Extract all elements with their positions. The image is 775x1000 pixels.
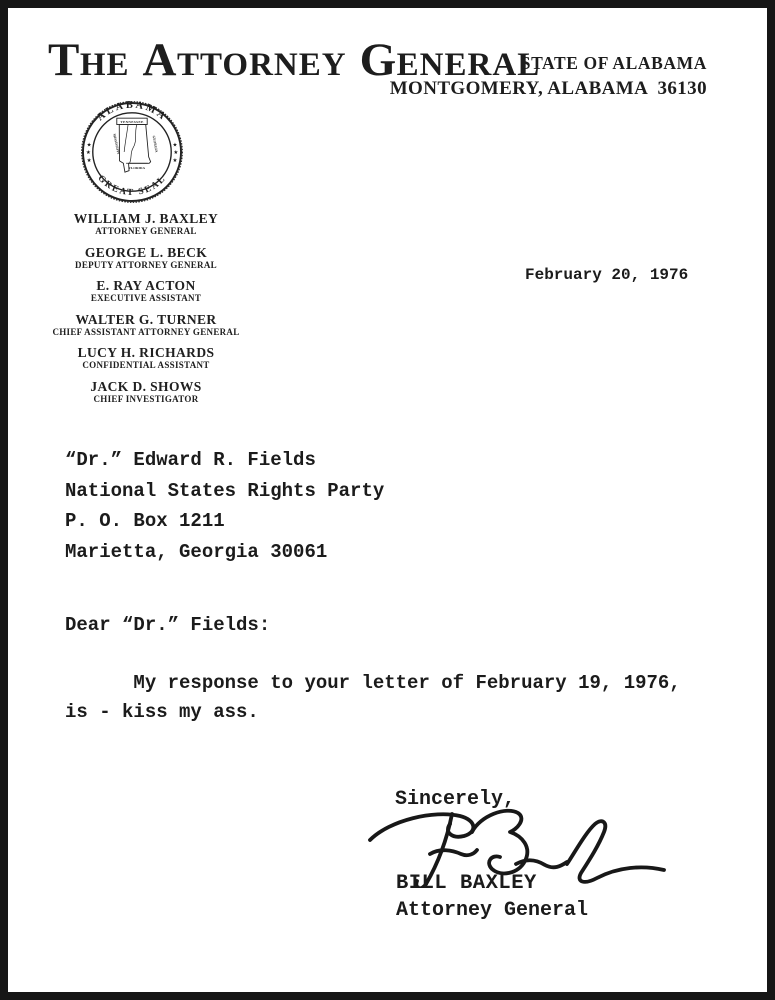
title-word-lead: T [48,34,80,86]
recipient-address: “Dr.” Edward R. FieldsNational States Ri… [65,445,384,567]
staff-name: E. RAY ACTON [36,278,256,293]
recipient-line: National States Rights Party [65,476,384,507]
seal-map [117,118,151,172]
svg-text:★: ★ [173,158,178,164]
svg-text:★: ★ [173,150,178,156]
staff-entry: LUCY H. RICHARDSCONFIDENTIAL ASSISTANT [36,345,256,371]
svg-text:TENNESSEE: TENNESSEE [120,120,144,124]
letter-body: My response to your letter of February 1… [65,669,681,727]
title-word-lead: A [143,34,177,86]
body-line: is - kiss my ass. [65,698,681,727]
recipient-line: “Dr.” Edward R. Fields [65,445,384,476]
title-word: THE [48,62,130,79]
staff-title: EXECUTIVE ASSISTANT [36,293,256,304]
body-line: My response to your letter of February 1… [65,669,681,698]
staff-title: CHIEF INVESTIGATOR [36,394,256,405]
svg-text:★: ★ [173,142,178,148]
title-word: ATTORNEY [143,62,347,79]
staff-title: CHIEF ASSISTANT ATTORNEY GENERAL [36,327,256,338]
svg-text:★: ★ [87,142,92,148]
city-zip-line: MONTGOMERY, ALABAMA 36130 [367,78,707,100]
salutation: Dear “Dr.” Fields: [65,614,270,636]
alabama-great-seal-icon: ALABAMA GREAT SEAL ★ ★ ★ ★ ★ ★ TENNESSEE… [81,101,183,203]
staff-name: GEORGE L. BECK [36,245,256,260]
staff-list: WILLIAM J. BAXLEYATTORNEY GENERALGEORGE … [36,211,256,412]
svg-text:★: ★ [86,150,91,156]
recipient-line: P. O. Box 1211 [65,506,384,537]
staff-name: WILLIAM J. BAXLEY [36,211,256,226]
staff-name: LUCY H. RICHARDS [36,345,256,360]
staff-name: JACK D. SHOWS [36,379,256,394]
staff-entry: WALTER G. TURNERCHIEF ASSISTANT ATTORNEY… [36,312,256,338]
staff-title: ATTORNEY GENERAL [36,226,256,237]
staff-title: DEPUTY ATTORNEY GENERAL [36,260,256,271]
staff-entry: JACK D. SHOWSCHIEF INVESTIGATOR [36,379,256,405]
letter-date: February 20, 1976 [525,266,688,284]
title-word-trail: TTORNEY [177,47,347,83]
staff-entry: GEORGE L. BECKDEPUTY ATTORNEY GENERAL [36,245,256,271]
title-word-trail: HE [80,47,130,83]
state-line: STATE OF ALABAMA [367,52,707,74]
letterhead-right: STATE OF ALABAMA MONTGOMERY, ALABAMA 361… [367,52,707,100]
staff-entry: WILLIAM J. BAXLEYATTORNEY GENERAL [36,211,256,237]
svg-text:★: ★ [87,158,92,164]
svg-text:FLORIDA: FLORIDA [129,166,146,170]
staff-name: WALTER G. TURNER [36,312,256,327]
signer-title: Attorney General [396,899,588,922]
staff-entry: E. RAY ACTONEXECUTIVE ASSISTANT [36,278,256,304]
staff-title: CONFIDENTIAL ASSISTANT [36,360,256,371]
seal-stars: ★ ★ ★ ★ ★ ★ [86,142,178,163]
signer-name: BILL BAXLEY [396,872,537,895]
letter-page: THEATTORNEYGENERAL STATE OF ALABAMA MONT… [0,0,775,1000]
recipient-line: Marietta, Georgia 30061 [65,537,384,568]
svg-text:GEORGIA: GEORGIA [152,135,159,153]
